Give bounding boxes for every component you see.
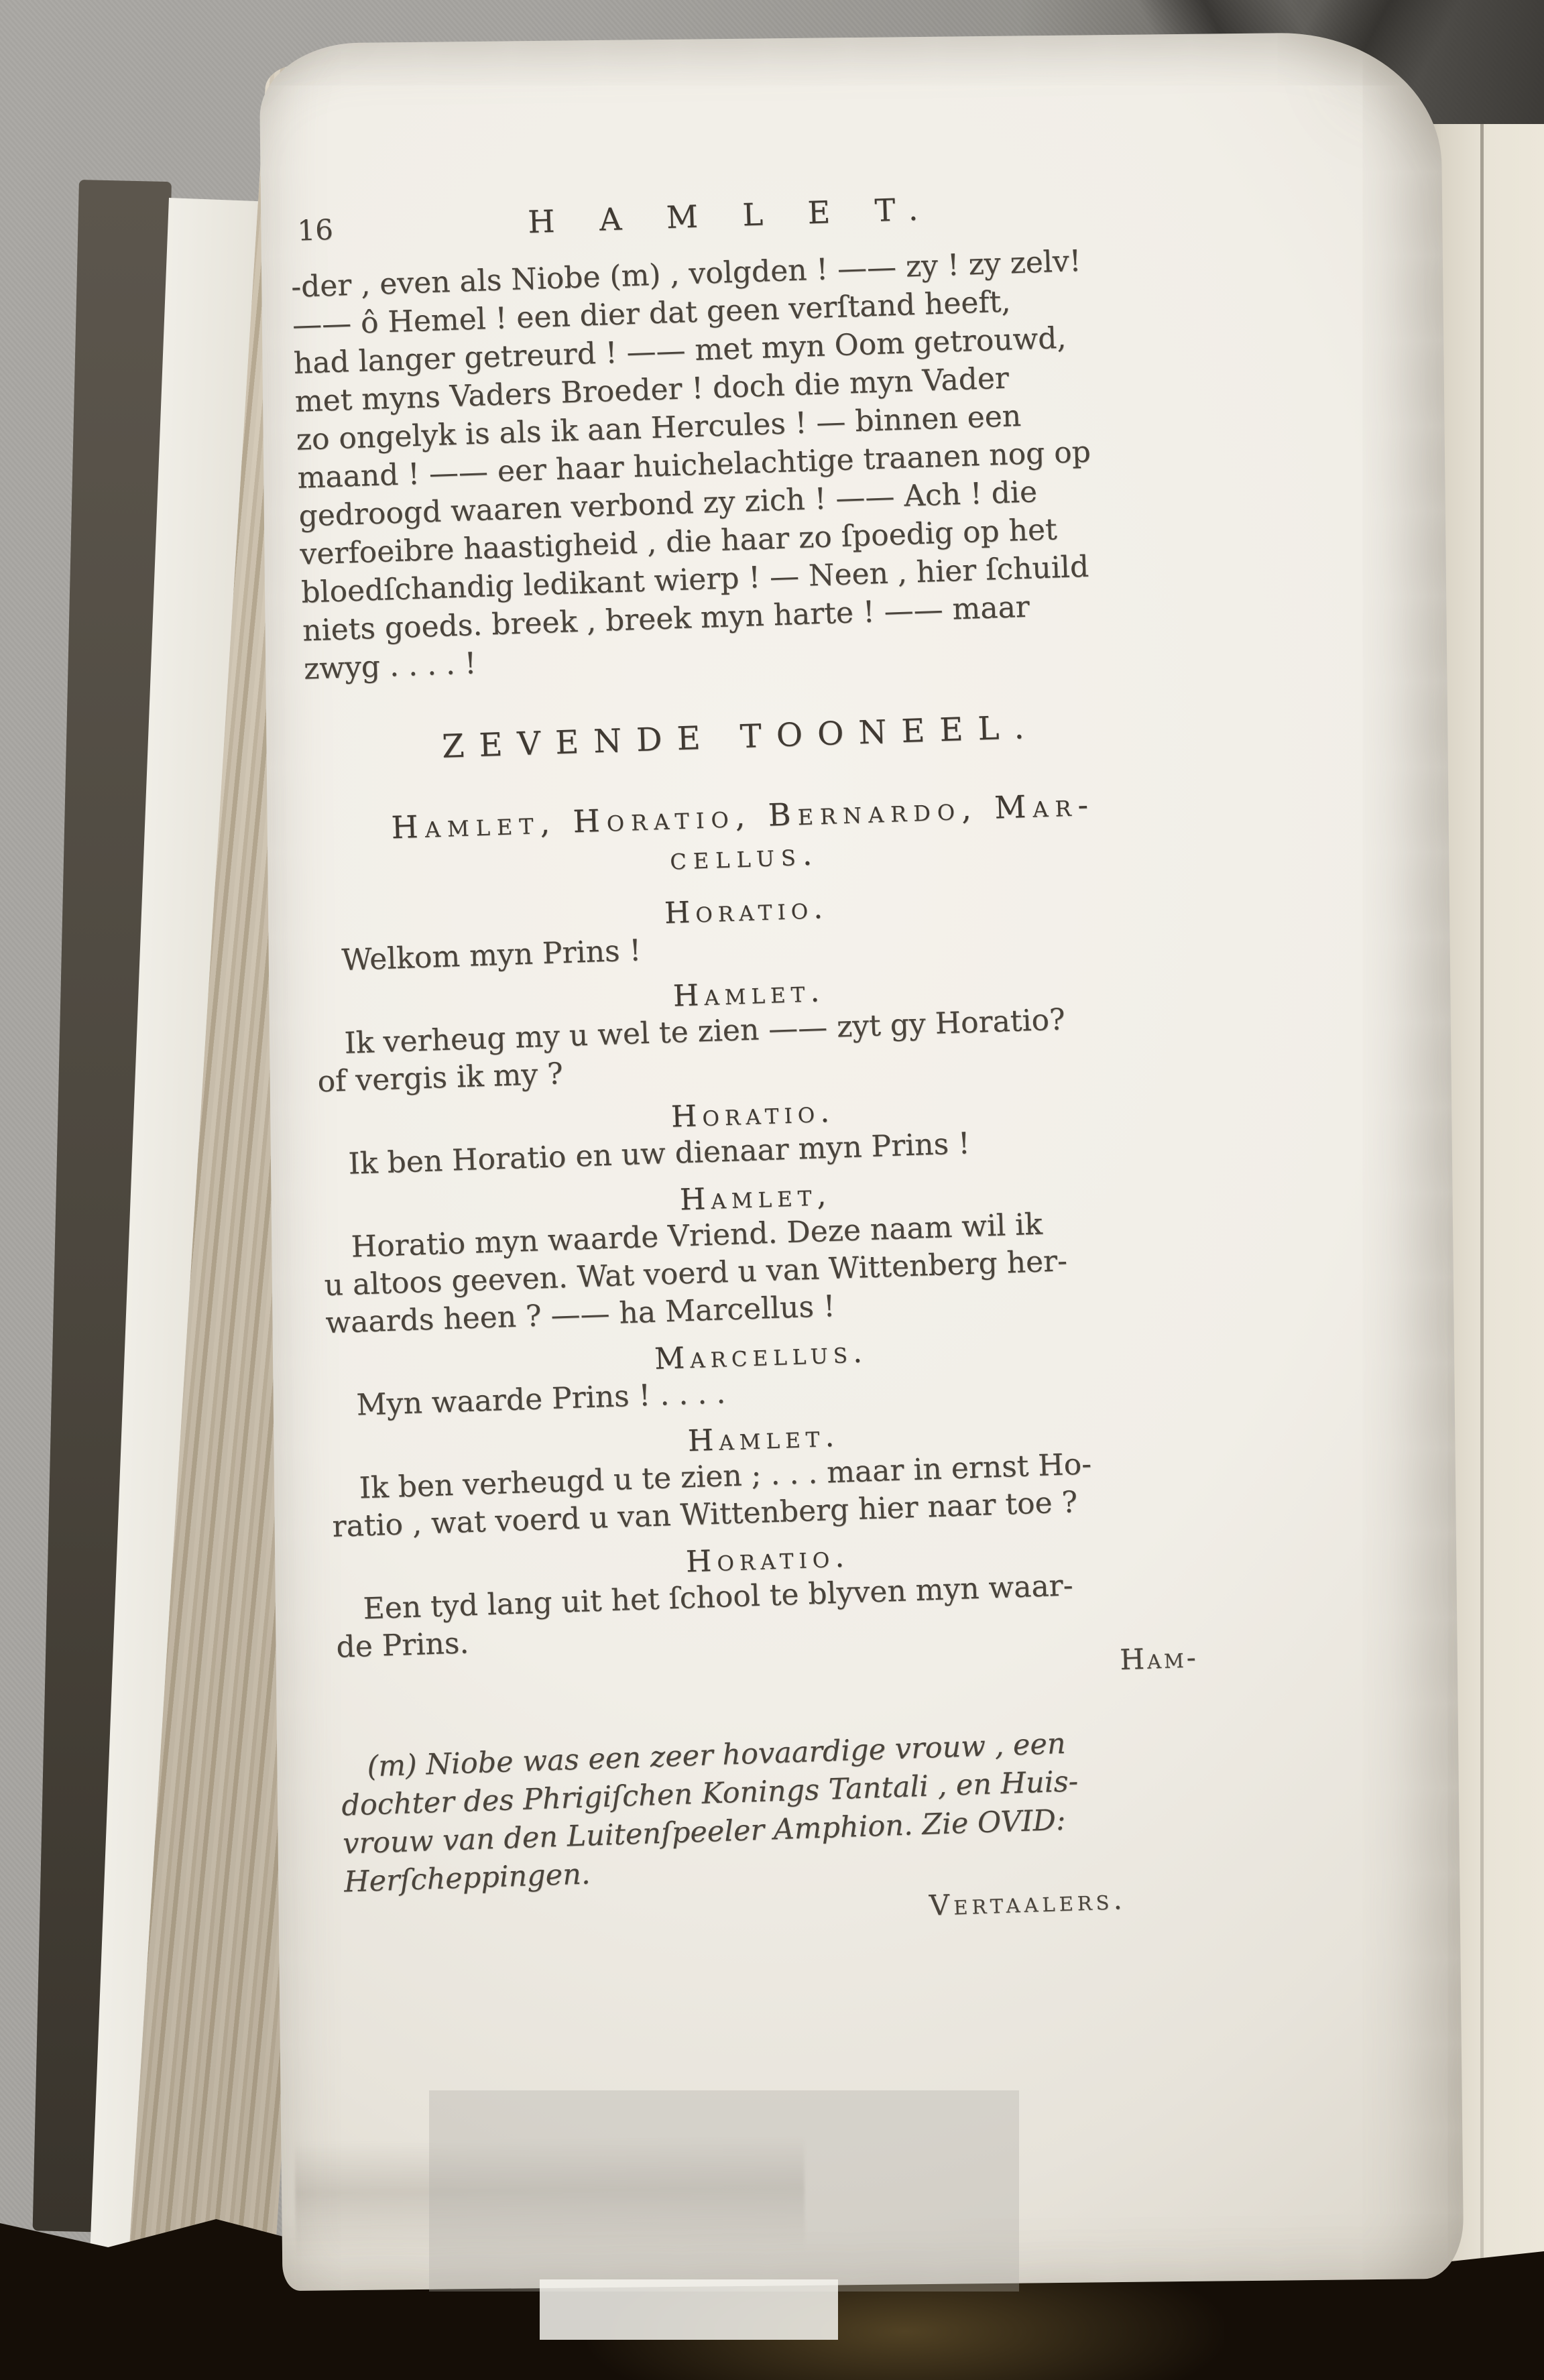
gray-overlay-patch	[429, 2090, 1019, 2292]
cast-list: Hamlet, Horatio, Bernardo, Mar- cellus.	[308, 782, 1179, 891]
book-photograph: 16 H A M L E T. -der , even als Niobe (m…	[0, 0, 1544, 2380]
printed-text-block: 16 H A M L E T. -der , even als Niobe (m…	[288, 172, 1213, 1942]
page-number: 16	[297, 213, 334, 247]
footnote: (m) Niobe was een zeer hovaardige vrouw …	[340, 1720, 1214, 1942]
dialogue: Horatio. Welkom myn Prins ! Hamlet. Ik v…	[312, 879, 1205, 1666]
speech-continuation: -der , even als Niobe (m) , volgden ! ——…	[290, 239, 1172, 689]
light-overlay-patch	[540, 2279, 838, 2340]
scene-heading: ZEVENDE TOONEEL.	[306, 704, 1175, 770]
